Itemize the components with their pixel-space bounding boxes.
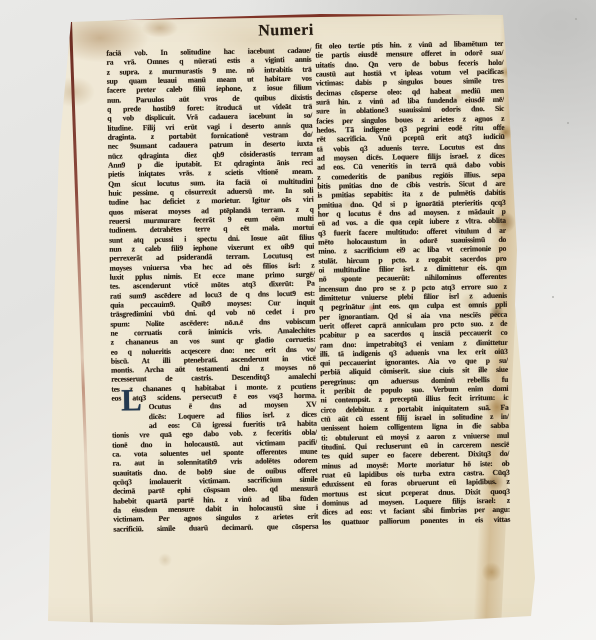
dust-speck (552, 296, 554, 298)
illuminated-initial: L (116, 386, 146, 415)
text-line: los quattuor palliorum ponentes in eis v… (322, 514, 510, 526)
photograph-background: Numeri faciā vob. In solitudine hac iace… (0, 0, 596, 640)
printed-text-layer: Numeri faciā vob. In solitudine hac iace… (0, 0, 596, 640)
running-title: Numeri (221, 21, 351, 41)
left-text-column: faciā vob. In solitudine hac iacebunt ca… (106, 46, 318, 536)
incunabula-leaf: Numeri faciā vob. In solitudine hac iace… (0, 0, 596, 640)
text-line: sacrificiū. simile duarū decimarū. que c… (113, 521, 318, 533)
right-text-column: fit oleo tertie ptis hin. z vinū ad liba… (315, 39, 510, 529)
dust-speck (567, 122, 569, 124)
dust-speck (575, 18, 577, 20)
